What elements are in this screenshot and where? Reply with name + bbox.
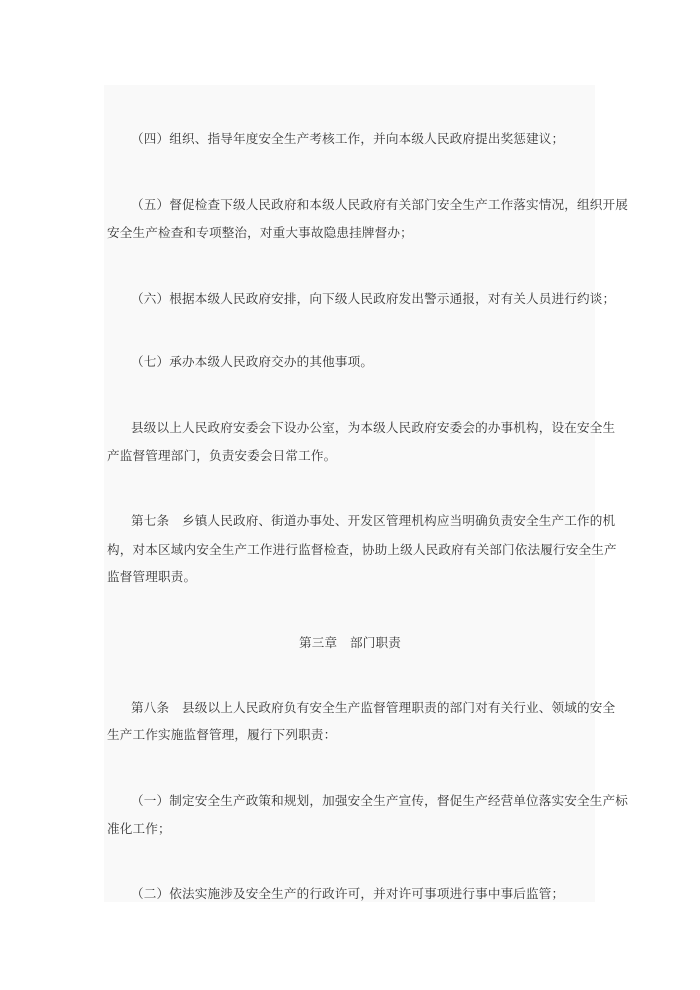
paragraph-item-5-line-1: （五）督促检查下级人民政府和本级人民政府有关部门安全生产工作落实情况，组织开展 bbox=[131, 197, 628, 213]
article-7-line-3: 监督管理职责。 bbox=[107, 569, 196, 585]
chapter-heading: 第三章 部门职责 bbox=[0, 635, 700, 651]
article-8-line-1: 第八条 县级以上人民政府负有安全生产监督管理职责的部门对有关行业、领域的安全 bbox=[131, 700, 615, 716]
article-7-line-1: 第七条 乡镇人民政府、街道办事处、开发区管理机构应当明确负责安全生产工作的机 bbox=[131, 513, 615, 529]
paragraph-item-7-line-1: （七）承办本级人民政府交办的其他事项。 bbox=[131, 354, 373, 370]
paragraph-office-line-2: 产监督管理部门，负责安委会日常工作。 bbox=[107, 448, 336, 464]
duty-1-line-1: （一）制定安全生产政策和规划，加强安全生产宣传，督促生产经营单位落实安全生产标 bbox=[131, 793, 628, 809]
duty-2-line-1: （二）依法实施涉及安全生产的行政许可，并对许可事项进行事中事后监管； bbox=[131, 886, 564, 902]
paragraph-item-6-line-1: （六）根据本级人民政府安排，向下级人民政府发出警示通报，对有关人员进行约谈； bbox=[131, 291, 615, 307]
paragraph-office-line-1: 县级以上人民政府安委会下设办公室，为本级人民政府安委会的办事机构，设在安全生 bbox=[131, 420, 615, 436]
article-7-line-2: 构，对本区域内安全生产工作进行监督检查，协助上级人民政府有关部门依法履行安全生产 bbox=[107, 542, 617, 558]
article-8-line-2: 生产工作实施监督管理，履行下列职责： bbox=[107, 727, 336, 743]
duty-1-line-2: 准化工作； bbox=[107, 821, 171, 837]
paragraph-item-5-line-2: 安全生产检查和专项整治，对重大事故隐患挂牌督办； bbox=[107, 225, 413, 241]
paragraph-item-4-line-1: （四）组织、指导年度安全生产考核工作，并向本级人民政府提出奖惩建议； bbox=[131, 131, 564, 147]
